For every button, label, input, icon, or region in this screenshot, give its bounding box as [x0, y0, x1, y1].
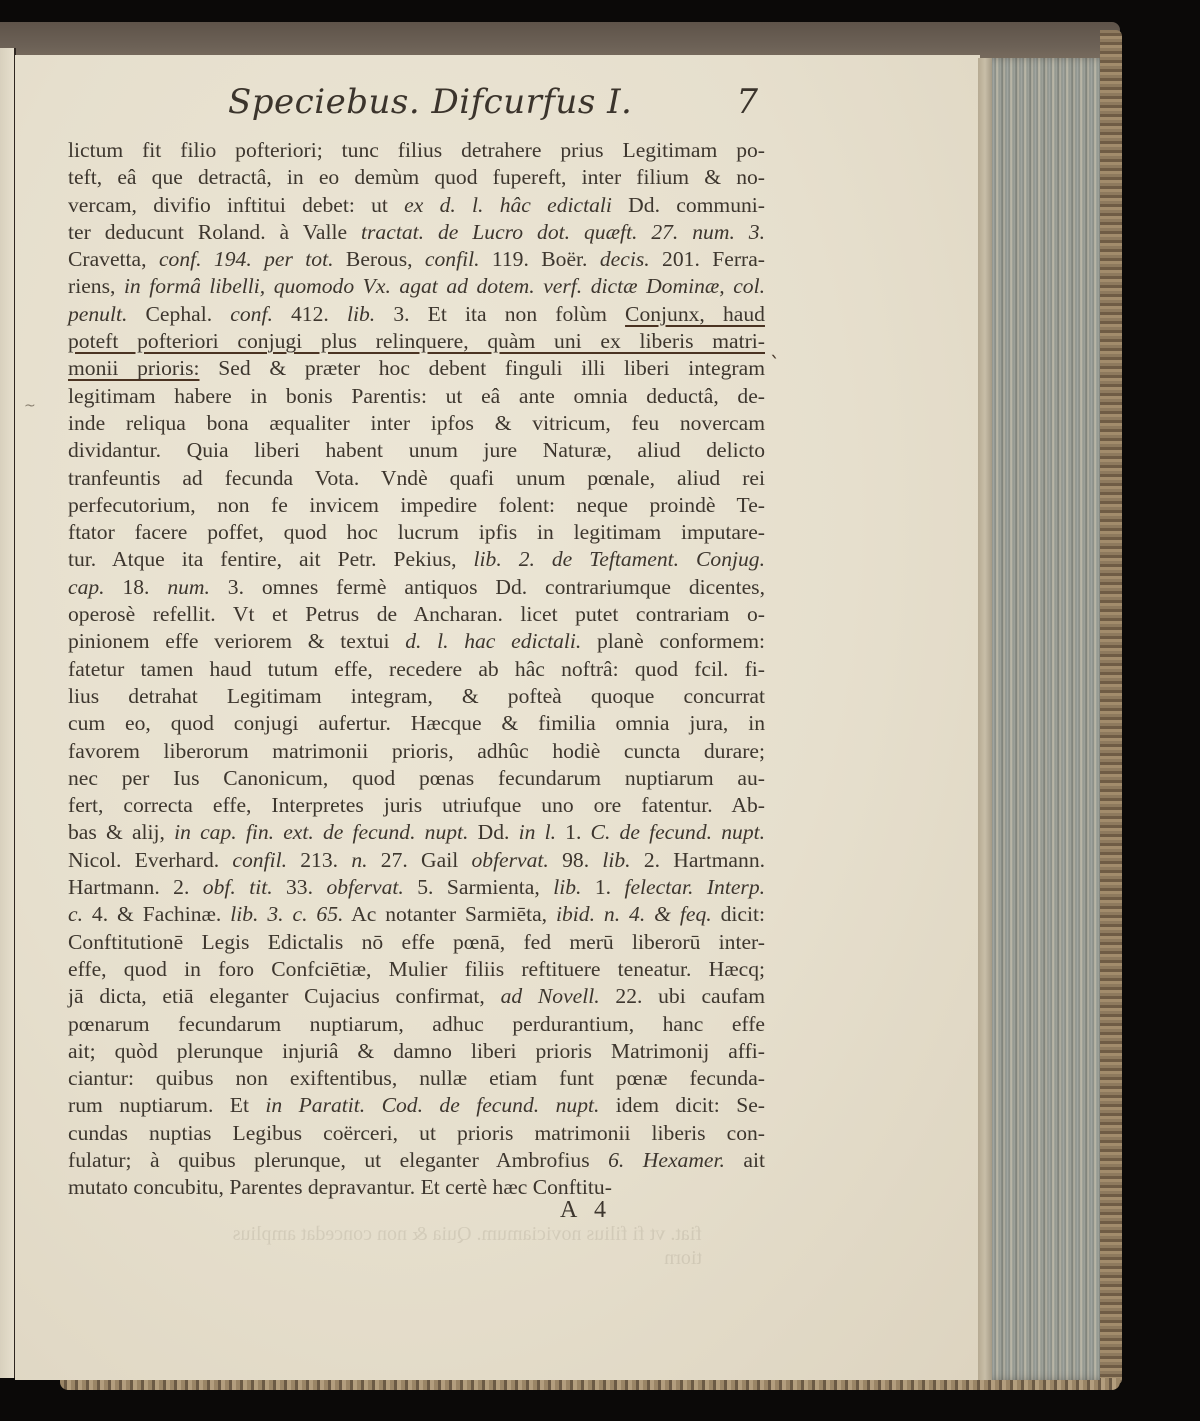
text-line: riens, in formâ libelli, quomodo Vx. aga…	[68, 273, 765, 300]
text-line: monii prioris: Sed & præter hoc debent f…	[68, 355, 765, 382]
text-segment: 412.	[273, 302, 347, 326]
bleed-line: tiorn	[62, 1246, 702, 1270]
italic-citation: C. de fecund. nupt.	[591, 820, 765, 844]
italic-citation: obf. tit.	[203, 875, 273, 899]
text-line: poteft pofteriori conjugi plus relinquer…	[68, 328, 765, 355]
text-line: favorem liberorum matrimonii prioris, ad…	[68, 738, 765, 765]
body-text: lictum fit filio pofteriori; tunc filius…	[68, 137, 765, 1202]
text-line: Hartmann. 2. obf. tit. 33. obfervat. 5. …	[68, 874, 765, 901]
text-segment: Nicol. Everhard.	[68, 848, 232, 872]
italic-citation: n.	[351, 848, 367, 872]
italic-citation: conf. 194. per tot.	[159, 247, 334, 271]
text-line: teft, eâ que detractâ, in eo demùm quod …	[68, 164, 765, 191]
text-line: fatetur tamen haud tutum effe, recedere …	[68, 656, 765, 683]
text-line: perfecutorium, non fe invicem impedire f…	[68, 492, 765, 519]
italic-citation: obfervat.	[471, 848, 548, 872]
text-line: bas & alij, in cap. fin. ext. de fecund.…	[68, 819, 765, 846]
running-title: Speciebus. Difcurfus I.	[228, 82, 632, 122]
text-segment: fert, correcta effe, Interpretes juris u…	[68, 793, 765, 817]
text-line: jā dicta, etiā eleganter Cujacius confir…	[68, 983, 765, 1010]
italic-citation: felectar. Interp.	[624, 875, 765, 899]
text-segment: 3. omnes fermè antiquos Dd. contrariumqu…	[210, 575, 765, 599]
text-segment: jā dicta, etiā eleganter Cujacius confir…	[68, 984, 501, 1008]
marginal-pencil-mark: ~	[24, 398, 36, 414]
text-segment: Dd.	[468, 820, 518, 844]
text-segment: legitimam habere in bonis Parentis: ut e…	[68, 384, 765, 408]
italic-citation: num.	[167, 575, 210, 599]
text-segment: 5. Sarmienta,	[404, 875, 553, 899]
italic-citation: lib. 2. de Teftament. Conjug.	[474, 547, 765, 571]
bleed-through-text: fiat. vt fi filius noviciamum. Quia & no…	[62, 1222, 702, 1270]
italic-citation: decis.	[600, 247, 650, 271]
italic-citation: conf.	[230, 302, 273, 326]
text-segment: ait; quòd plerunque injuriâ & damno libe…	[68, 1039, 765, 1063]
text-line: Nicol. Everhard. confil. 213. n. 27. Gai…	[68, 847, 765, 874]
underlined-text: poteft pofteriori conjugi plus relinquer…	[68, 329, 765, 353]
text-line: fert, correcta effe, Interpretes juris u…	[68, 792, 765, 819]
signature-mark: A 4	[560, 1197, 606, 1224]
text-line: tranfeuntis ad fecunda Vota. Vndè quafi …	[68, 465, 765, 492]
text-line: pinionem effe veriorem & textui d. l. ha…	[68, 628, 765, 655]
text-line: inde reliqua bona æqualiter inter ipfos …	[68, 410, 765, 437]
text-line: vercam, divifio inftitui debet: ut ex d.…	[68, 192, 765, 219]
text-segment: lius detrahat Legitimam integram, & poft…	[68, 684, 765, 708]
text-segment: Sed & præter hoc debent finguli illi lib…	[200, 356, 766, 380]
text-line: tur. Atque ita fentire, ait Petr. Pekius…	[68, 546, 765, 573]
italic-citation: penult.	[68, 302, 127, 326]
text-line: fulatur; à quibus plerunque, ut elegante…	[68, 1147, 765, 1174]
text-segment: 18.	[105, 575, 168, 599]
text-segment: Ac notanter Sarmiēta,	[343, 902, 556, 926]
text-segment: vercam, divifio inftitui debet: ut	[68, 193, 404, 217]
text-line: dividantur. Quia liberi habent unum jure…	[68, 437, 765, 464]
text-segment: idem dicit: Se-	[599, 1093, 765, 1117]
text-segment: 3. Et ita non folùm	[375, 302, 625, 326]
text-segment: favorem liberorum matrimonii prioris, ad…	[68, 739, 765, 763]
italic-citation: ex d. l. hâc edictali	[404, 193, 612, 217]
page-number: 7	[736, 82, 758, 122]
text-segment: pinionem effe veriorem & textui	[68, 629, 405, 653]
text-line: Conftitutionē Legis Edictalis nō effe pœ…	[68, 929, 765, 956]
text-segment: dividantur. Quia liberi habent unum jure…	[68, 438, 765, 462]
text-segment: perfecutorium, non fe invicem impedire f…	[68, 493, 765, 517]
text-segment: fulatur; à quibus plerunque, ut elegante…	[68, 1148, 608, 1172]
text-segment: Conftitutionē Legis Edictalis nō effe pœ…	[68, 930, 765, 954]
text-segment: ait	[725, 1148, 765, 1172]
text-line: nec per Ius Canonicum, quod pœnas fecund…	[68, 765, 765, 792]
text-line: rum nuptiarum. Et in Paratit. Cod. de fe…	[68, 1092, 765, 1119]
italic-citation: in l.	[519, 820, 556, 844]
text-line: ciantur: quibus non exiftentibus, nullæ …	[68, 1065, 765, 1092]
text-segment: tranfeuntis ad fecunda Vota. Vndè quafi …	[68, 466, 765, 490]
text-segment: Hartmann. 2.	[68, 875, 203, 899]
text-segment: Berous,	[334, 247, 425, 271]
bleed-line: fiat. vt fi filius noviciamum. Quia & no…	[62, 1222, 702, 1246]
text-segment: mutato concubitu, Parentes depravantur. …	[68, 1175, 612, 1199]
italic-citation: 6. Hexamer.	[608, 1148, 725, 1172]
italic-citation: ad Novell.	[501, 984, 600, 1008]
italic-citation: c.	[68, 902, 83, 926]
text-segment: operosè refellit. Vt et Petrus de Anchar…	[68, 602, 765, 626]
text-line: operosè refellit. Vt et Petrus de Anchar…	[68, 601, 765, 628]
text-segment: effe, quod in foro Confciētiæ, Mulier fi…	[68, 957, 765, 981]
text-segment: 213.	[287, 848, 351, 872]
text-line: ait; quòd plerunque injuriâ & damno libe…	[68, 1038, 765, 1065]
italic-citation: confil.	[232, 848, 287, 872]
text-line: cap. 18. num. 3. omnes fermè antiquos Dd…	[68, 574, 765, 601]
text-segment: tur. Atque ita fentire, ait Petr. Pekius…	[68, 547, 474, 571]
text-segment: 1.	[581, 875, 624, 899]
text-line: ftator facere poffet, quod hoc lucrum ip…	[68, 519, 765, 546]
running-head: Speciebus. Difcurfus I. 7	[228, 82, 758, 126]
text-line: lictum fit filio pofteriori; tunc filius…	[68, 137, 765, 164]
text-segment: ciantur: quibus non exiftentibus, nullæ …	[68, 1066, 765, 1090]
italic-citation: cap.	[68, 575, 105, 599]
text-segment: fatetur tamen haud tutum effe, recedere …	[68, 657, 765, 681]
page-fore-edge	[978, 58, 1100, 1380]
text-segment: teft, eâ que detractâ, in eo demùm quod …	[68, 165, 765, 189]
text-segment: nec per Ius Canonicum, quod pœnas fecund…	[68, 766, 765, 790]
text-line: cundas nuptias Legibus coërceri, ut prio…	[68, 1120, 765, 1147]
facing-page-edge	[0, 48, 16, 1378]
text-segment: 33.	[273, 875, 327, 899]
underlined-text: monii prioris:	[68, 356, 200, 380]
text-segment: rum nuptiarum. Et	[68, 1093, 265, 1117]
book-cover-right-edge	[1100, 30, 1122, 1385]
text-segment: bas & alij,	[68, 820, 174, 844]
text-segment: Dd. communi-	[612, 193, 765, 217]
text-line: cum eo, quod conjugi aufertur. Hæcque & …	[68, 710, 765, 737]
italic-citation: in formâ libelli, quomodo Vx. agat ad do…	[124, 274, 765, 298]
text-segment: 1.	[556, 820, 591, 844]
italic-citation: in Paratit. Cod. de fecund. nupt.	[265, 1093, 599, 1117]
italic-citation: ibid. n. 4. & feq.	[556, 902, 712, 926]
text-segment: cum eo, quod conjugi aufertur. Hæcque & …	[68, 711, 765, 735]
text-segment: ter deducunt Roland. à Valle	[68, 220, 361, 244]
text-line: Cravetta, conf. 194. per tot. Berous, co…	[68, 246, 765, 273]
text-segment: cundas nuptias Legibus coërceri, ut prio…	[68, 1121, 765, 1145]
text-line: ter deducunt Roland. à Valle tractat. de…	[68, 219, 765, 246]
italic-citation: d. l. hac edictali.	[405, 629, 581, 653]
text-segment: 98.	[549, 848, 603, 872]
text-segment: pœnarum fecundarum nuptiarum, adhuc perd…	[68, 1012, 765, 1036]
marginal-tick-mark: ˋ	[770, 352, 780, 376]
text-line: effe, quod in foro Confciētiæ, Mulier fi…	[68, 956, 765, 983]
italic-citation: tractat. de Lucro dot. quæft. 27. num. 3…	[361, 220, 765, 244]
text-segment: 119. Boër.	[479, 247, 599, 271]
text-line: penult. Cephal. conf. 412. lib. 3. Et it…	[68, 301, 765, 328]
text-line: pœnarum fecundarum nuptiarum, adhuc perd…	[68, 1011, 765, 1038]
text-segment: 201. Ferra-	[650, 247, 765, 271]
text-segment: 27. Gail	[368, 848, 472, 872]
text-segment: dicit:	[712, 902, 765, 926]
text-segment: 22. ubi caufam	[600, 984, 765, 1008]
text-segment: riens,	[68, 274, 124, 298]
text-segment: planè conformem:	[581, 629, 765, 653]
text-line: lius detrahat Legitimam integram, & poft…	[68, 683, 765, 710]
text-segment: Cravetta,	[68, 247, 159, 271]
italic-citation: lib. 3. c. 65.	[230, 902, 343, 926]
text-segment: 2. Hartmann.	[631, 848, 765, 872]
italic-citation: obfervat.	[326, 875, 403, 899]
italic-citation: lib.	[347, 302, 375, 326]
text-segment: inde reliqua bona æqualiter inter ipfos …	[68, 411, 765, 435]
text-line: c. 4. & Fachinæ. lib. 3. c. 65. Ac notan…	[68, 901, 765, 928]
text-segment: Cephal.	[127, 302, 230, 326]
italic-citation: lib.	[553, 875, 581, 899]
underlined-text: Conjunx, haud	[625, 302, 765, 326]
italic-citation: lib.	[602, 848, 630, 872]
text-segment: lictum fit filio pofteriori; tunc filius…	[68, 138, 765, 162]
text-segment: 4. & Fachinæ.	[83, 902, 230, 926]
text-segment: ftator facere poffet, quod hoc lucrum ip…	[68, 520, 765, 544]
text-line: mutato concubitu, Parentes depravantur. …	[68, 1174, 765, 1201]
italic-citation: in cap. fin. ext. de fecund. nupt.	[174, 820, 468, 844]
italic-citation: confil.	[425, 247, 480, 271]
text-line: legitimam habere in bonis Parentis: ut e…	[68, 383, 765, 410]
